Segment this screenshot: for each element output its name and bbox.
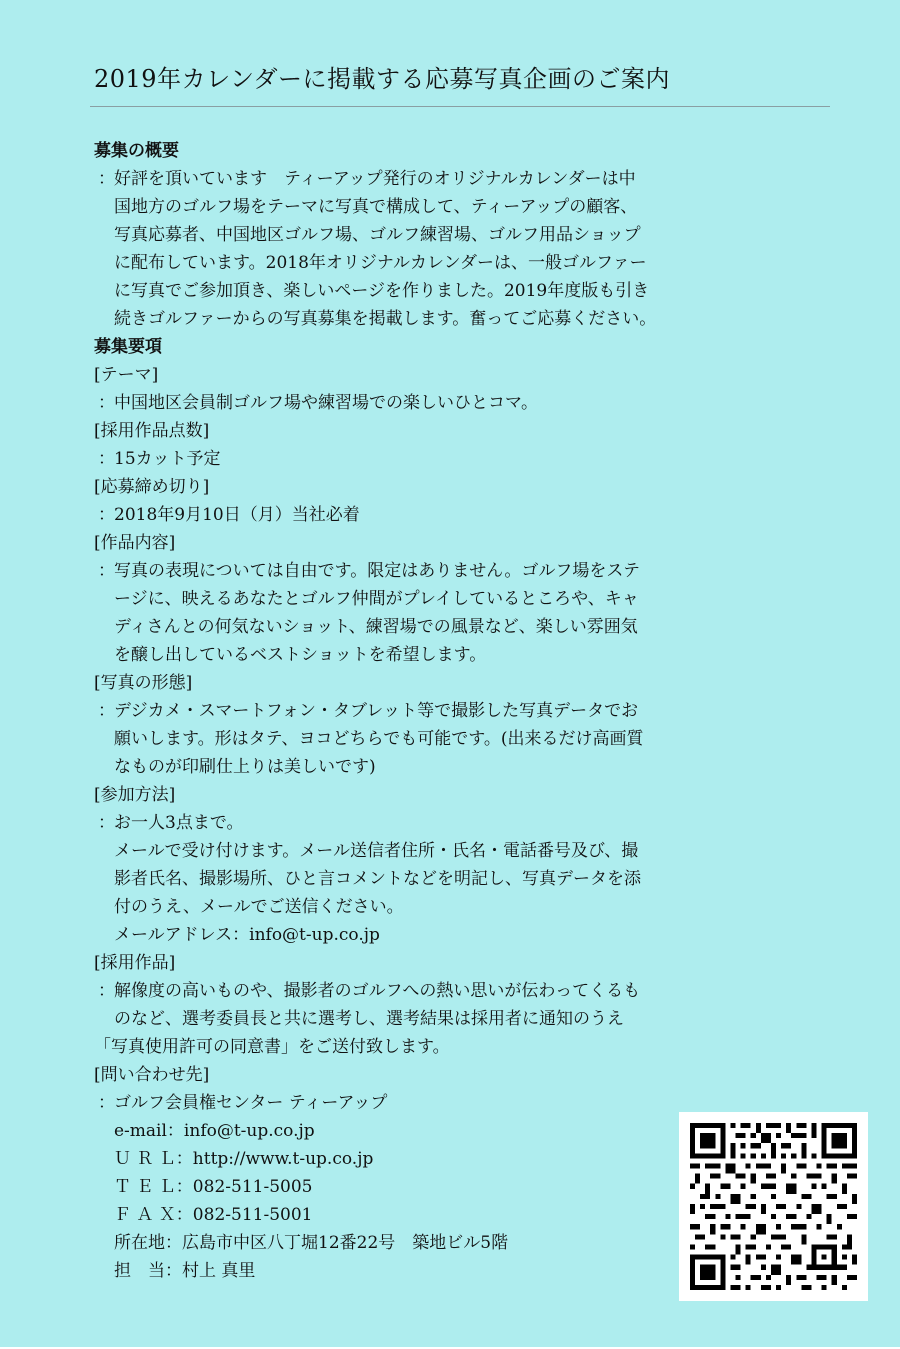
section-count: ： 15カット予定 xyxy=(94,445,734,473)
contact-fax: Ｆ Ａ Ｘ：082-511-5001 xyxy=(114,1201,734,1229)
contact-company: ゴルフ会員権センター ティーアップ xyxy=(114,1089,734,1117)
overview-heading: 募集の概要 xyxy=(94,137,734,165)
section-line: 2018年9月10日（月）当社必着 xyxy=(114,501,734,529)
document-body: 募集の概要 ： 好評を頂いています ティーアップ発行のオリジナルカレンダーは中 … xyxy=(94,137,734,1285)
section-line: のなど、選考委員長と共に選考し、選考結果は採用者に通知のうえ xyxy=(114,1005,734,1033)
colon-marker: ： xyxy=(98,1089,115,1117)
section-format: ： デジカメ・スマートフォン・タブレット等で撮影した写真データでお 願いします。… xyxy=(94,697,734,781)
section-theme: ： 中国地区会員制ゴルフ場や練習場での楽しいひとコマ。 xyxy=(94,389,734,417)
section-line: 付のうえ、メールでご送信ください。 xyxy=(114,893,734,921)
email-address-line[interactable]: メールアドレス：info@t-up.co.jp xyxy=(114,921,734,949)
colon-marker: ： xyxy=(98,557,115,585)
colon-marker: ： xyxy=(98,977,115,1005)
title-divider xyxy=(90,106,830,107)
colon-marker: ： xyxy=(98,809,115,837)
overview-line: 写真応募者、中国地区ゴルフ場、ゴルフ練習場、ゴルフ用品ショップ xyxy=(114,221,734,249)
section-line: ージに、映えるあなたとゴルフ仲間がプレイしているところや、キャ xyxy=(114,585,734,613)
contact-address: 所在地：広島市中区八丁堀12番22号 築地ビル5階 xyxy=(114,1229,734,1257)
colon-marker: ： xyxy=(98,445,115,473)
overview-line: 続きゴルファーからの写真募集を掲載します。奮ってご応募ください。 xyxy=(114,305,734,333)
colon-marker: ： xyxy=(98,697,115,725)
section-label-theme: [テーマ] xyxy=(94,361,734,389)
section-selection: ： 解像度の高いものや、撮影者のゴルフへの熱い思いが伝わってくるも のなど、選考… xyxy=(94,977,734,1061)
section-line: 影者氏名、撮影場所、ひと言コメントなどを明記し、写真データを添 xyxy=(114,865,734,893)
section-label-deadline: [応募締め切り] xyxy=(94,473,734,501)
section-line: デジカメ・スマートフォン・タブレット等で撮影した写真データでお xyxy=(114,697,734,725)
section-content: ： 写真の表現については自由です。限定はありません。ゴルフ場をステ ージに、映え… xyxy=(94,557,734,669)
section-method: ： お一人3点まで。 メールで受け付けます。メール送信者住所・氏名・電話番号及び… xyxy=(94,809,734,949)
overview-line: 国地方のゴルフ場をテーマに写真で構成して、ティーアップの顧客、 xyxy=(114,193,734,221)
section-label-content: [作品内容] xyxy=(94,529,734,557)
section-label-selection: [採用作品] xyxy=(94,949,734,977)
qr-code-icon xyxy=(690,1123,857,1290)
qr-code[interactable] xyxy=(679,1112,868,1301)
colon-marker: ： xyxy=(98,389,115,417)
section-line: ディさんとの何気ないショット、練習場での風景など、楽しい雰囲気 xyxy=(114,613,734,641)
overview-paragraph: ： 好評を頂いています ティーアップ発行のオリジナルカレンダーは中 国地方のゴル… xyxy=(94,165,734,333)
colon-marker: ： xyxy=(98,165,115,193)
page-title: 2019年カレンダーに掲載する応募写真企画のご案内 xyxy=(94,62,670,96)
contact-person: 担 当：村上 真里 xyxy=(114,1257,734,1285)
section-label-method: [参加方法] xyxy=(94,781,734,809)
section-line: なものが印刷仕上りは美しいです) xyxy=(114,753,734,781)
section-line: 15カット予定 xyxy=(114,445,734,473)
section-line: 解像度の高いものや、撮影者のゴルフへの熱い思いが伝わってくるも xyxy=(114,977,734,1005)
section-line: メールで受け付けます。メール送信者住所・氏名・電話番号及び、撮 xyxy=(114,837,734,865)
section-label-count: [採用作品点数] xyxy=(94,417,734,445)
colon-marker: ： xyxy=(98,501,115,529)
section-line: お一人3点まで。 xyxy=(114,809,734,837)
section-label-format: [写真の形態] xyxy=(94,669,734,697)
section-line: 願いします。形はタテ、ヨコどちらでも可能です。(出来るだけ高画質 xyxy=(114,725,734,753)
section-line: 中国地区会員制ゴルフ場や練習場での楽しいひとコマ。 xyxy=(114,389,734,417)
requirements-heading: 募集要項 xyxy=(94,333,734,361)
section-line: を醸し出しているベストショットを希望します。 xyxy=(114,641,734,669)
contact-email[interactable]: e-mail：info@t-up.co.jp xyxy=(114,1117,734,1145)
overview-line: に配布しています。2018年オリジナルカレンダーは、一般ゴルファー xyxy=(114,249,734,277)
section-line: 写真の表現については自由です。限定はありません。ゴルフ場をステ xyxy=(114,557,734,585)
overview-line: に写真でご参加頂き、楽しいページを作りました。2019年度版も引き xyxy=(114,277,734,305)
section-deadline: ： 2018年9月10日（月）当社必着 xyxy=(94,501,734,529)
section-label-contact: [問い合わせ先] xyxy=(94,1061,734,1089)
contact-url[interactable]: Ｕ Ｒ Ｌ：http://www.t-up.co.jp xyxy=(114,1145,734,1173)
overview-line: 好評を頂いています ティーアップ発行のオリジナルカレンダーは中 xyxy=(114,165,734,193)
section-line: 「写真使用許可の同意書」をご送付致します。 xyxy=(94,1033,734,1061)
section-contact: ： ゴルフ会員権センター ティーアップ e-mail：info@t-up.co.… xyxy=(94,1089,734,1285)
contact-tel: Ｔ Ｅ Ｌ：082-511-5005 xyxy=(114,1173,734,1201)
